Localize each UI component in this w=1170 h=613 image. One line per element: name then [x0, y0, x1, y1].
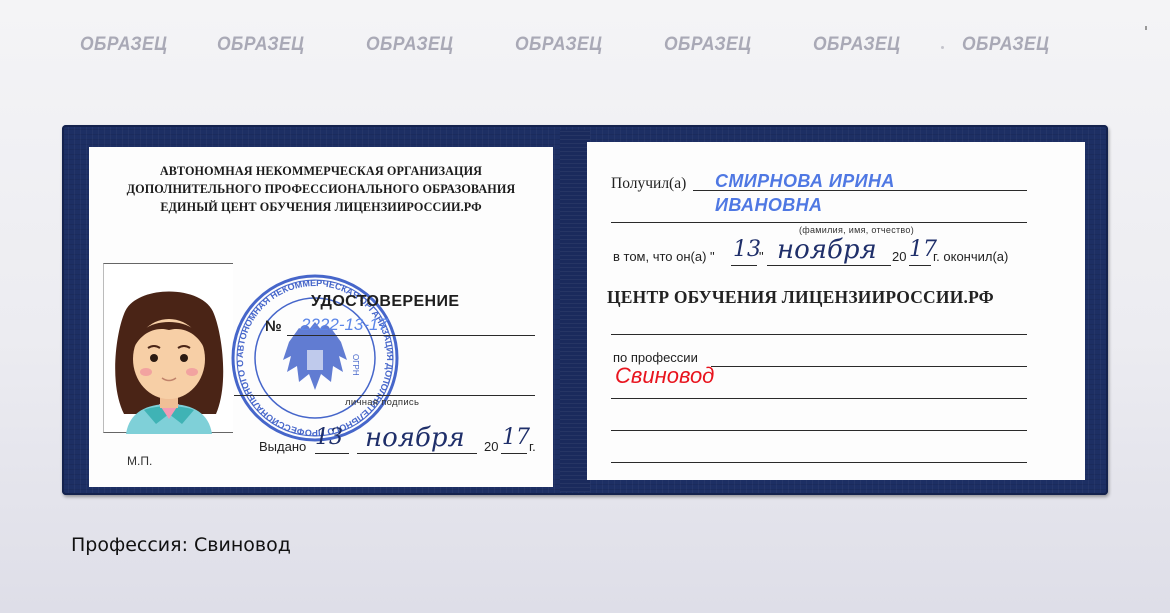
watermark-text: ОБРАЗЕЦ — [515, 34, 602, 56]
watermark-text: ОБРАЗЕЦ — [80, 34, 167, 56]
stamp-place-label: М.П. — [127, 454, 152, 468]
certificate-spine — [560, 130, 590, 492]
issued-year-underline — [501, 453, 527, 454]
certificate-number-label: № — [265, 318, 282, 335]
holder-name-line-2: ИВАНОВНА — [715, 195, 822, 216]
completion-year-prefix: 20 — [892, 249, 906, 264]
org-header-line: АВТОНОМНАЯ НЕКОММЕРЧЕСКАЯ ОРГАНИЗАЦИЯ — [89, 162, 553, 180]
name-line-2 — [611, 222, 1027, 223]
completion-prefix: в том, что он(а) " — [613, 249, 715, 264]
certificate-left-page: АВТОНОМНАЯ НЕКОММЕРЧЕСКАЯ ОРГАНИЗАЦИЯ ДО… — [89, 147, 553, 487]
watermark-text: ОБРАЗЕЦ — [962, 34, 1049, 56]
holder-photo — [103, 263, 233, 433]
certificate-right-page: Получил(а) СМИРНОВА ИРИНА ИВАНОВНА (фами… — [587, 142, 1085, 480]
blank-line — [611, 398, 1027, 399]
institution-underline — [611, 334, 1027, 335]
dust-speck — [1145, 26, 1147, 30]
watermark-text: ОБРАЗЕЦ — [217, 34, 304, 56]
issued-month-underline — [357, 453, 477, 454]
portrait-illustration-icon — [104, 264, 234, 434]
watermark-text: ОБРАЗЕЦ — [366, 34, 453, 56]
completion-quote: " — [759, 249, 764, 264]
issued-year-suffix: 17 — [502, 425, 530, 450]
profession-line — [711, 366, 1027, 367]
dust-speck — [941, 46, 944, 49]
completion-year-underline — [909, 265, 931, 266]
blank-line — [611, 462, 1027, 463]
completion-month: ноября — [777, 235, 877, 265]
issued-label: Выдано — [259, 439, 306, 454]
completion-suffix: г. окончил(а) — [933, 249, 1008, 264]
full-name-hint: (фамилия, имя, отчество) — [799, 225, 914, 235]
certificate-number: 2222-13-17 — [301, 315, 388, 335]
profession-value: Свиновод — [615, 363, 714, 389]
completion-day-underline — [731, 265, 757, 266]
org-header-line: ДОПОЛНИТЕЛЬНОГО ПРОФЕССИОНАЛЬНОГО ОБРАЗО… — [89, 180, 553, 198]
issued-day-underline — [315, 453, 349, 454]
year-suffix: г. — [529, 439, 536, 454]
issued-month: ноября — [365, 423, 465, 453]
certificate-title: УДОСТОВЕРЕНИЕ — [311, 293, 459, 311]
blank-line — [611, 430, 1027, 431]
issued-day: 13 — [315, 425, 343, 450]
profession-caption: Профессия: Свиновод — [71, 534, 291, 556]
issued-year-prefix: 20 — [484, 439, 498, 454]
watermark-text: ОБРАЗЕЦ — [664, 34, 751, 56]
holder-name-line-1: СМИРНОВА ИРИНА — [715, 171, 895, 192]
completion-month-underline — [767, 265, 891, 266]
received-label: Получил(а) — [611, 175, 686, 193]
watermark-row: ОБРАЗЕЦ ОБРАЗЕЦ ОБРАЗЕЦ ОБРАЗЕЦ ОБРАЗЕЦ … — [0, 34, 1170, 64]
completion-day: 13 — [733, 237, 761, 262]
signature-label: личная подпись — [345, 397, 419, 408]
signature-line — [234, 395, 535, 396]
organization-header: АВТОНОМНАЯ НЕКОММЕРЧЕСКАЯ ОРГАНИЗАЦИЯ ДО… — [89, 162, 553, 216]
seal-ogrn: ОГРН — [351, 354, 360, 376]
institution-name: ЦЕНТР ОБУЧЕНИЯ ЛИЦЕНЗИИРОССИИ.РФ — [607, 287, 994, 308]
org-header-line: ЕДИНЫЙ ЦЕНТ ОБУЧЕНИЯ ЛИЦЕНЗИИРОССИИ.РФ — [89, 198, 553, 216]
watermark-text: ОБРАЗЕЦ — [813, 34, 900, 56]
number-underline — [287, 335, 535, 336]
